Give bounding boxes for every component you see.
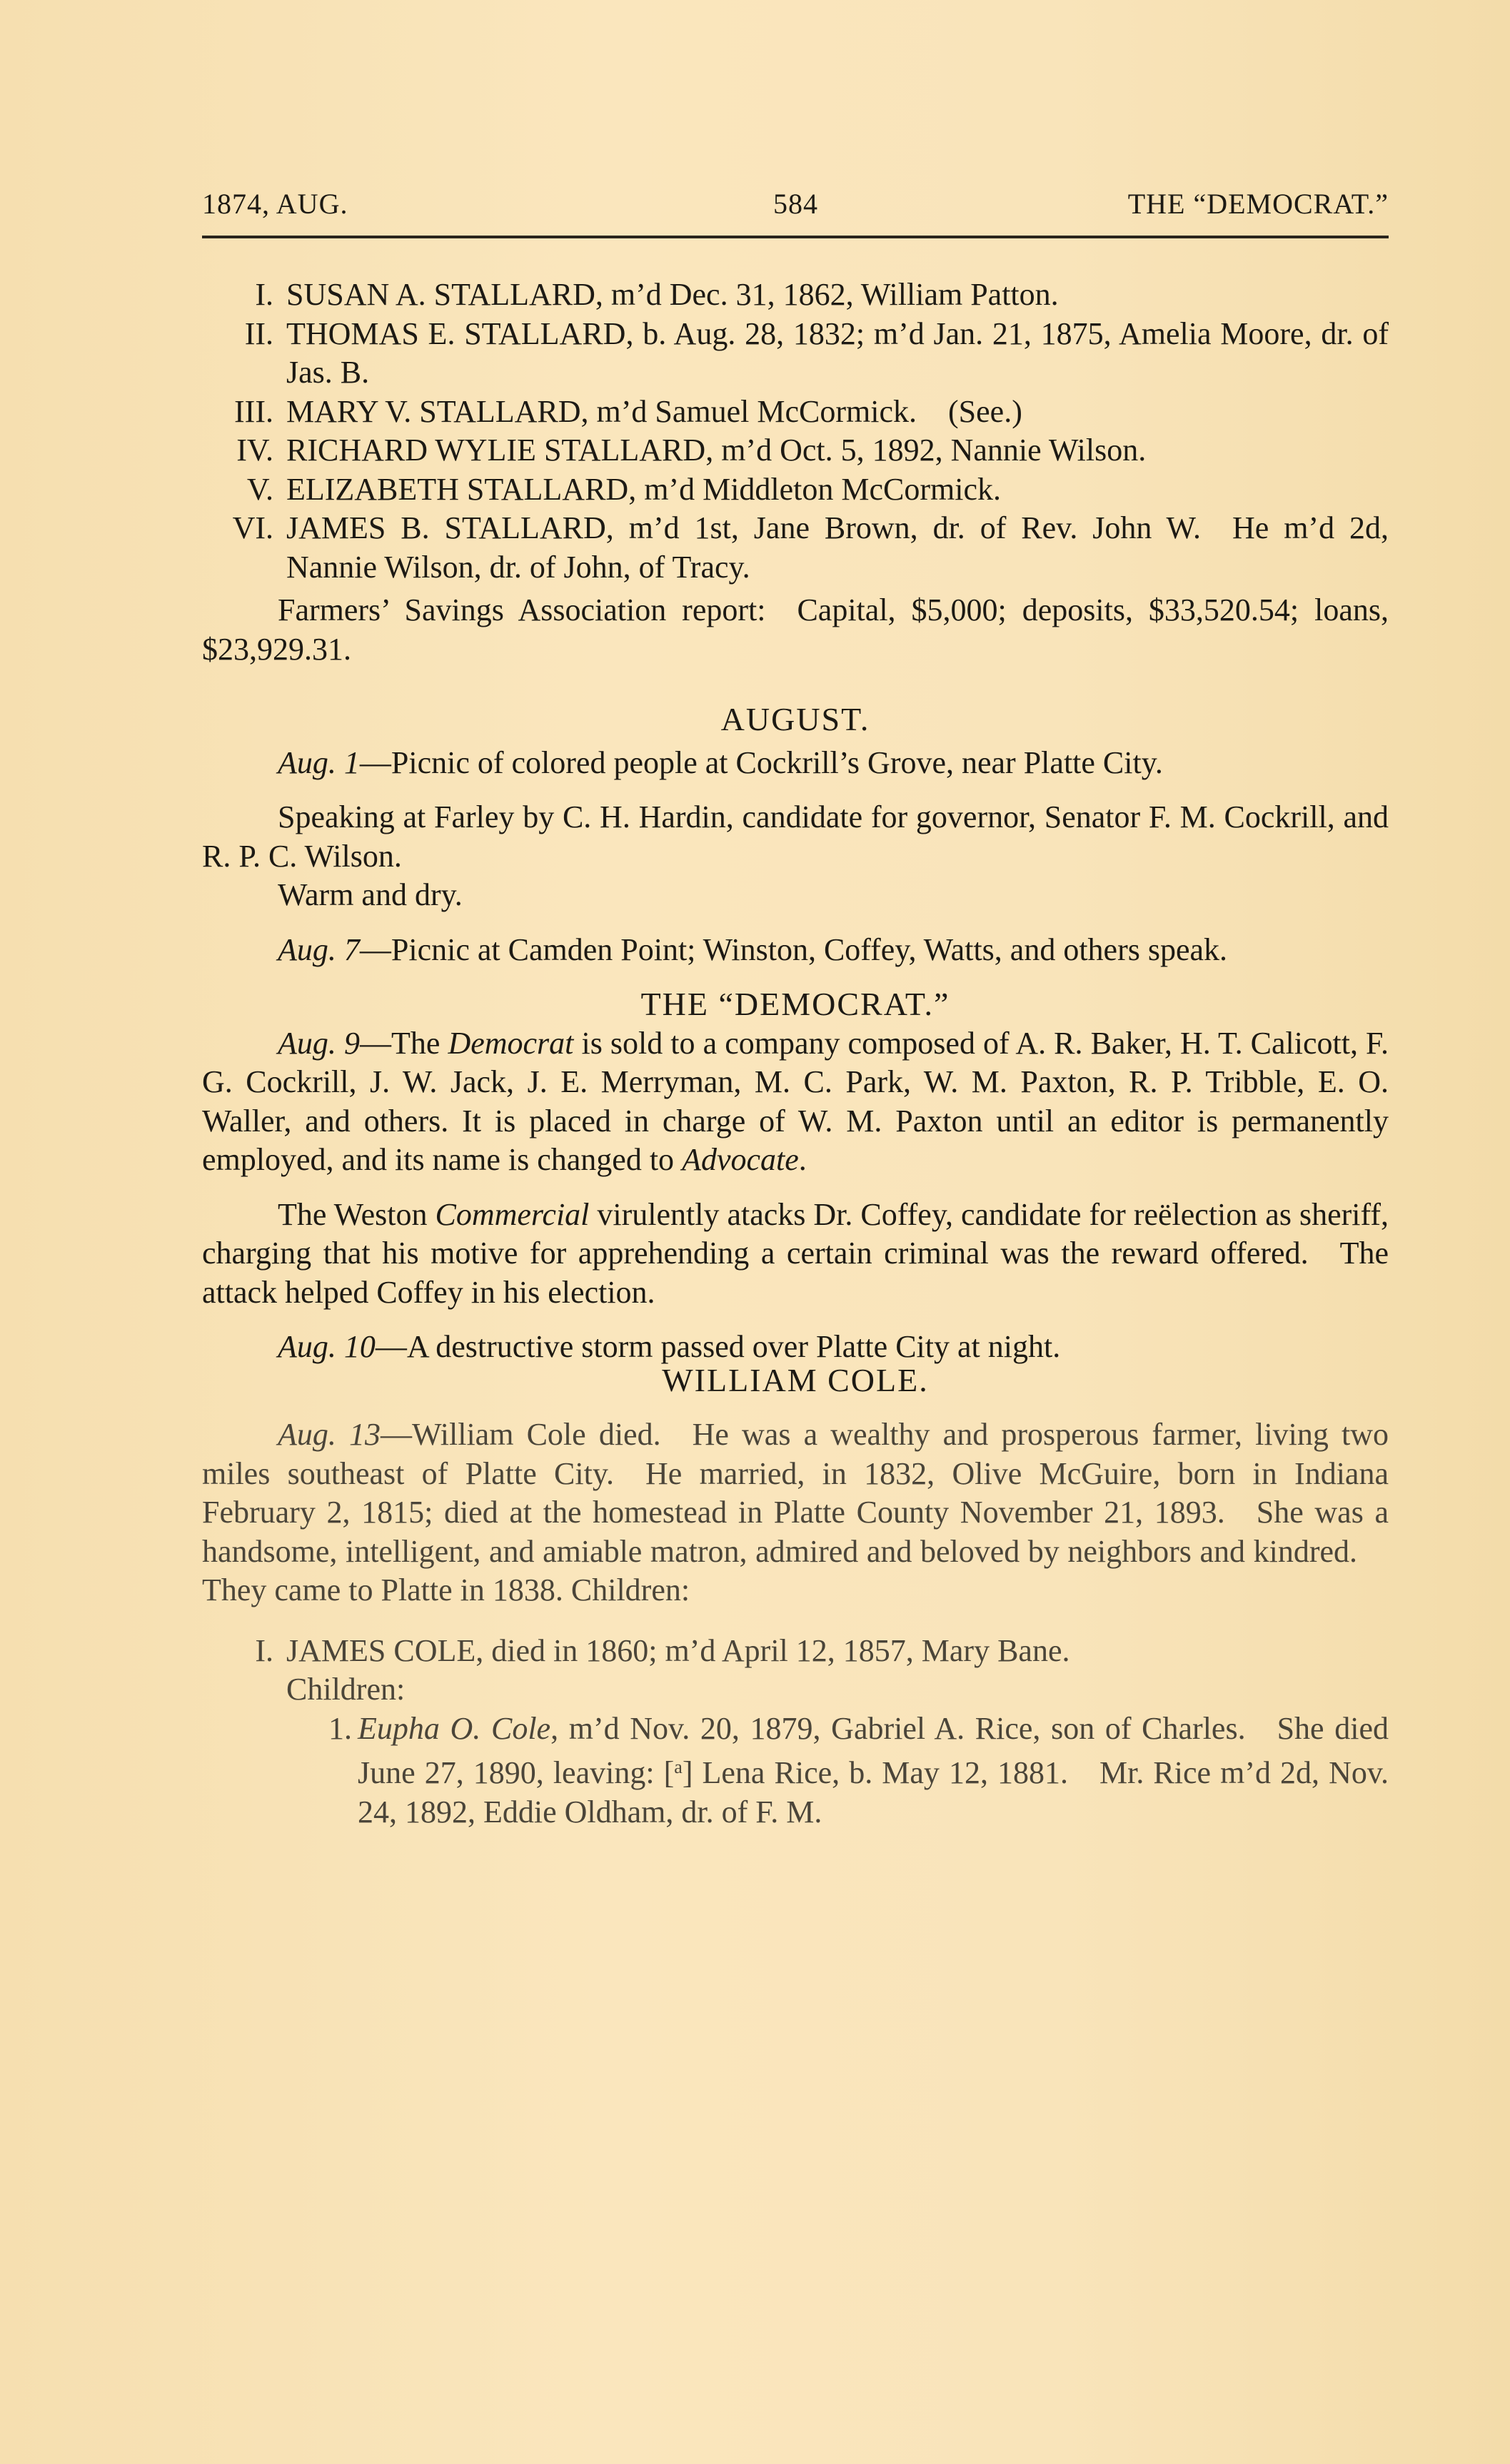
newspaper-name: Democrat [448, 1026, 573, 1061]
entry-text: ELIZABETH STALLARD, m’d Middleton McCorm… [286, 472, 1001, 507]
stallard-children-list: I. SUSAN A. STALLARD, m’d Dec. 31, 1862,… [202, 276, 1389, 587]
list-item: III. MARY V. STALLARD, m’d Samuel McCorm… [202, 393, 1389, 432]
entry-date: Aug. 10 [278, 1329, 376, 1364]
roman-numeral: III. [202, 393, 273, 432]
page-body: I. SUSAN A. STALLARD, m’d Dec. 31, 1862,… [202, 276, 1389, 1832]
entry-text: RICHARD WYLIE STALLARD, m’d Oct. 5, 1892… [286, 433, 1146, 468]
roman-numeral: I. [202, 1632, 273, 1671]
index-letter: a [674, 1757, 683, 1777]
person-name: Eupha O. Cole [358, 1711, 550, 1746]
entry-text: —William Cole died. He was a wealthy and… [202, 1417, 1389, 1607]
section-heading-democrat: THE “DEMOCRAT.” [202, 985, 1389, 1024]
entry-text: SUSAN A. STALLARD, m’d Dec. 31, 1862, Wi… [286, 277, 1059, 312]
newspaper-new-name: Advocate [682, 1142, 799, 1177]
entry-date: Aug. 1 [278, 745, 360, 780]
entry-text: The Weston [278, 1197, 436, 1232]
list-item: I. SUSAN A. STALLARD, m’d Dec. 31, 1862,… [202, 276, 1389, 315]
page-number: 584 [773, 187, 818, 221]
entry-text: —The [360, 1026, 448, 1061]
roman-numeral: V. [202, 470, 273, 510]
weston-commercial-paragraph: The Weston Commercial virulently atacks … [202, 1196, 1389, 1313]
savings-report-paragraph: Farmers’ Savings Association report: Cap… [202, 591, 1389, 669]
arabic-number: 1. [316, 1710, 352, 1749]
roman-numeral: VI. [202, 509, 273, 548]
grandchild-list-item: 1. Eupha O. Cole, m’d Nov. 20, 1879, Gab… [202, 1710, 1389, 1832]
entry-text: JAMES B. STALLARD, m’d 1st, Jane Brown, … [286, 510, 1389, 585]
running-head-date: 1874, AUG. [202, 187, 348, 221]
entry-date: Aug. 13 [278, 1417, 381, 1452]
entry-text: MARY V. STALLARD, m’d Samuel McCormick. … [286, 394, 1022, 429]
entry-date: Aug. 7 [278, 932, 360, 967]
children-label: Children: [202, 1670, 1389, 1710]
newspaper-name: Commercial [436, 1197, 590, 1232]
entry-text: —Picnic at Camden Point; Winston, Coffey… [360, 932, 1227, 967]
running-head-title: THE “DEMOCRAT.” [1128, 187, 1389, 221]
list-item: II. THOMAS E. STALLARD, b. Aug. 28, 1832… [202, 315, 1389, 393]
roman-numeral: II. [202, 315, 273, 354]
aug-9-paragraph: Aug. 9—The Democrat is sold to a company… [202, 1024, 1389, 1180]
cole-child-list-item: I. JAMES COLE, died in 1860; m’d April 1… [202, 1632, 1389, 1671]
running-head: 1874, AUG. 584 THE “DEMOCRAT.” [202, 187, 1389, 223]
weather-paragraph: Warm and dry. [202, 876, 1389, 915]
entry-date: Aug. 9 [278, 1026, 360, 1061]
roman-numeral: I. [202, 276, 273, 315]
section-heading-william-cole: WILLIAM COLE. [202, 1361, 1389, 1400]
entry-text: —A destructive storm passed over Platte … [376, 1329, 1060, 1364]
list-item: VI. JAMES B. STALLARD, m’d 1st, Jane Bro… [202, 509, 1389, 587]
aug-1-paragraph: Aug. 1—Picnic of colored people at Cockr… [202, 744, 1389, 783]
header-rule-divider [202, 236, 1389, 238]
section-heading-august: AUGUST. [202, 700, 1389, 739]
speaking-paragraph: Speaking at Farley by C. H. Hardin, cand… [202, 798, 1389, 876]
entry-text: THOMAS E. STALLARD, b. Aug. 28, 1832; m’… [286, 316, 1389, 390]
entry-text: —Picnic of colored people at Cockrill’s … [360, 745, 1163, 780]
list-item: V. ELIZABETH STALLARD, m’d Middleton McC… [202, 470, 1389, 510]
entry-text: JAMES COLE, died in 1860; m’d April 12, … [286, 1633, 1070, 1668]
roman-numeral: IV. [202, 431, 273, 470]
entry-text: . [799, 1142, 807, 1177]
aug-13-paragraph: Aug. 13—William Cole died. He was a weal… [202, 1415, 1389, 1610]
list-item: IV. RICHARD WYLIE STALLARD, m’d Oct. 5, … [202, 431, 1389, 470]
aug-7-paragraph: Aug. 7—Picnic at Camden Point; Winston, … [202, 931, 1389, 970]
